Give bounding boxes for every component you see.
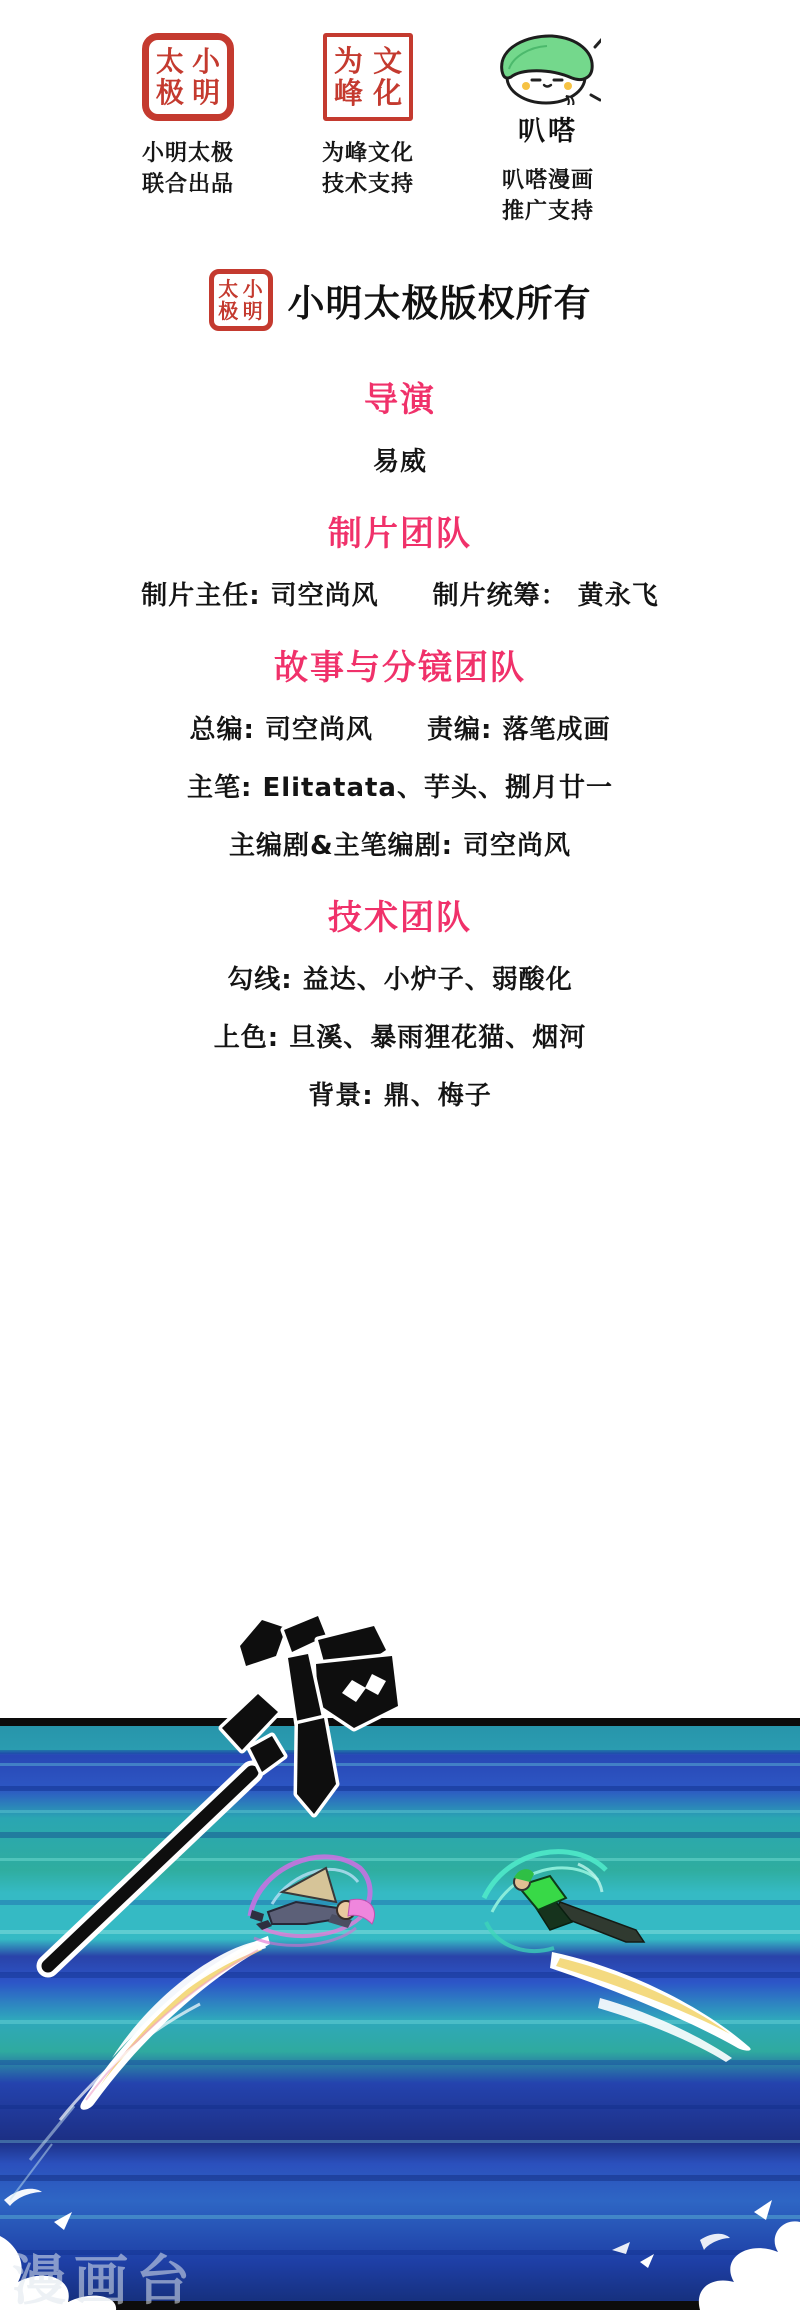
partner-name: 叭嗒漫画	[502, 165, 594, 196]
partner-role: 技术支持	[322, 169, 414, 200]
credits-heading-tech-team: 技术团队	[0, 901, 800, 935]
partner-label: 叭嗒漫画 推广支持	[502, 165, 594, 227]
credits-line: 上色: 旦溪、暴雨狸花猫、烟河	[0, 1025, 800, 1051]
partner-xiaoming-taiji: 太极 小明 小明太极 联合出品	[112, 33, 264, 200]
partner-label: 为峰文化 技术支持	[322, 138, 414, 200]
weifeng-culture-seal-logo: 为峰 文化	[323, 33, 413, 121]
credits-line: 总编: 司空尚风 责编: 落笔成画	[0, 717, 800, 743]
credits-line: 主编剧&主笔编剧: 司空尚风	[0, 833, 800, 859]
xiaoming-taiji-small-seal: 太极 小明	[209, 269, 273, 331]
credits-line: 主笔: Elitatata、芋头、捌月廿一	[0, 775, 800, 801]
seal-left-column: 为峰	[333, 45, 364, 110]
watermark-text: 漫画台	[12, 2249, 198, 2310]
partner-role: 联合出品	[142, 169, 234, 200]
seal-right-column: 小明	[191, 46, 221, 109]
partner-weifeng-culture: 为峰 文化 为峰文化 技术支持	[292, 33, 444, 200]
partner-name: 为峰文化	[322, 138, 414, 169]
seal-left-column: 太极	[217, 278, 239, 323]
comic-panel: 漫画台	[0, 1600, 800, 2310]
credits-list: 导演 易威 制片团队 制片主任: 司空尚风 制片统筹： 黄永飞 故事与分镜团队 …	[0, 383, 800, 1109]
seal-right-column: 文化	[372, 45, 403, 110]
partner-bada-comics: 叭嗒 叭嗒漫画 推广支持	[472, 33, 624, 227]
xiaoming-taiji-seal-logo: 太极 小明	[142, 33, 234, 121]
partners-row: 太极 小明 小明太极 联合出品 为峰 文化 为峰文化 技术支持	[0, 0, 800, 227]
credits-line: 制片主任: 司空尚风 制片统筹： 黄永飞	[0, 583, 800, 609]
partner-name: 小明太极	[142, 138, 234, 169]
panel-top-border	[0, 1718, 800, 1726]
credits-line: 勾线: 益达、小炉子、弱酸化	[0, 967, 800, 993]
partner-label: 小明太极 联合出品	[142, 138, 234, 200]
credits-heading-story-team: 故事与分镜团队	[0, 651, 800, 685]
credits-heading-director: 导演	[0, 383, 800, 417]
copyright-text: 小明太极版权所有	[288, 273, 592, 327]
credits-heading-production-team: 制片团队	[0, 517, 800, 551]
copyright-row: 太极 小明 小明太极版权所有	[0, 269, 800, 331]
bada-mascot-icon	[495, 33, 601, 105]
partner-role: 推广支持	[502, 196, 594, 227]
bada-logo-text: 叭嗒	[518, 109, 578, 148]
seal-right-column: 小明	[242, 278, 264, 323]
credits-line: 背景: 鼎、梅子	[0, 1083, 800, 1109]
comic-credits-page: 太极 小明 小明太极 联合出品 为峰 文化 为峰文化 技术支持	[0, 0, 800, 2310]
seal-left-column: 太极	[155, 46, 185, 109]
credits-line: 易威	[0, 449, 800, 475]
